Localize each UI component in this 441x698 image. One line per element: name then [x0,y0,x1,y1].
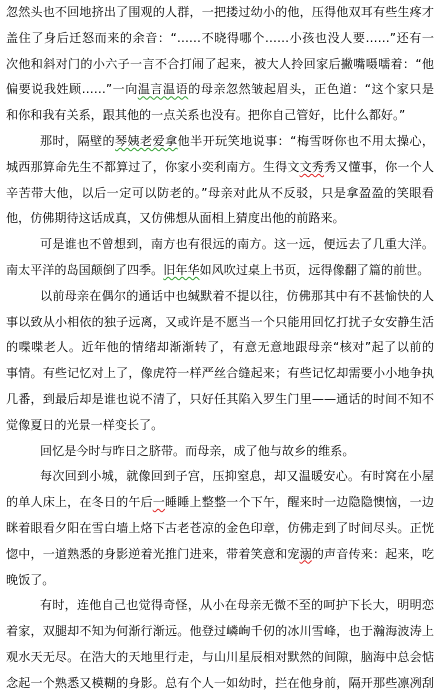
text-line[interactable]: 次他和斜对门的小六子一言不合打闹了起来，被大人拎回家后撇嘴嗫嚅着：“他 [6,52,434,78]
text-line[interactable]: 他，仿佛期待这话成真，又仿佛想从面相上猜度出他的前路来。 [6,206,434,232]
text-segment: 每次回到小城，就像回到子宫，压抑窒息，却又温暖安心。有时窝在小屋 [40,469,434,483]
text-segment: 的声音传来：起来，吃 [312,547,434,561]
text-segment: 回忆是今时与昨日之脐带。而母亲，成了他与故乡的维系。 [40,444,354,458]
text-segment: 那时，隔壁的 [40,134,115,148]
text-line[interactable]: 着家，双腿却不知为何渐行渐远。他登过嶙峋千仞的冰川雪峰，也于瀚海波涛上 [6,619,434,645]
text-line[interactable]: 几番，到最后却是谁也说不清了，只好任其陷入罗生门里——通话的时间不知不 [6,387,434,413]
paragraph-first-line[interactable]: 那时，隔壁的琴姨老爱拿他半开玩笑地说事：“梅雪呀你也不用太操心， [6,129,434,155]
text-segment: 念起一个熟悉又模糊的身影。总有个人一如幼时，拦在他身前，隔开那些凛冽刮 [6,676,434,690]
text-segment: 晚饭了。 [6,573,54,587]
spellcheck-flagged-text: 琴姨老爱拿 [115,134,178,148]
text-line[interactable]: 和你和我有关系，跟其他的一点关系也没有。把你自己管好，比什么都好。” [6,103,434,129]
document-body: 忽然头也不回地挤出了围观的人群，一把搂过幼小的他，压得他双耳有些生疼才盖住了身后… [6,0,434,697]
text-segment: 观水天无尽。在浩大的天地里行走，与山川星辰相对默然的间隙，脑海中总会惦 [6,650,434,664]
text-line[interactable]: 事以致从小相依的独子远离，又或许是不愿当一个只能用回忆打扰子女安静生活 [6,310,434,336]
text-line[interactable]: 观水天无尽。在浩大的天地里行走，与山川星辰相对默然的间隙，脑海中总会惦 [6,645,434,671]
text-segment: 的喋喋老人。近年他的情绪却渐渐转了，有意无意地跟母亲“核对”起了以前的 [6,340,434,354]
text-line[interactable]: 念起一个熟悉又模糊的身影。总有个人一如幼时，拦在他身前，隔开那些凛冽刮 [6,671,434,697]
text-segment: 事情。有些记忆对上了，像虎符一样严丝合缝起来；有些记忆却需要小小地争执 [6,366,434,380]
text-segment: 的母亲忽然皱起眉头，正色道：“这个家只是 [188,82,434,96]
text-segment: 秀又懂事，你一个人 [324,160,434,174]
text-segment: 次他和斜对门的小六子一言不合打闹了起来，被大人拎回家后撇嘴嗫嚅着：“他 [6,57,434,71]
text-line[interactable]: 眯着眼看夕阳在雪白墙上烙下古老苍凉的金色印章，仿佛走到了时间尽头。正恍 [6,516,434,542]
text-line[interactable]: 惚中，一道熟悉的身影逆着光推门进来，带着笑意和宠溺的声音传来：起来，吃 [6,542,434,568]
spellcheck-flagged-text: 温言温语 [138,82,188,96]
text-segment: 他，仿佛期待这话成真，又仿佛想从面相上猜度出他的前路来。 [6,211,345,225]
text-segment: 睡睡上整整一个下午，醒来时一边隐隐懊恼，一边 [165,495,434,509]
text-line[interactable]: 忽然头也不回地挤出了围观的人群，一把搂过幼小的他，压得他双耳有些生疼才 [6,0,434,26]
text-segment: 有时，连他自己也觉得奇怪，从小在母亲无微不至的呵护下长大，明明恋 [40,598,434,612]
spellcheck-flagged-text: 溺 [300,547,312,561]
text-segment: 如风吹过桌上书页，远得像翻了篇的前世。 [200,263,430,277]
text-segment: 可是谁也不曾想到，南方也有很远的南方。这一远，便远去了几重大洋。 [40,237,434,251]
text-segment: 盖住了身后迁怒而来的余音：“……不晓得哪个……小孩也没人要……”还有一 [6,31,434,45]
text-line[interactable]: 辛苦带大他，以后一定可以防老的。”母亲对此从不反驳，只是拿盈盈的笑眼看 [6,181,434,207]
text-line[interactable]: 的单人床上，在冬日的午后一睡睡上整整一个下午，醒来时一边隐隐懊恼，一边 [6,490,434,516]
text-line[interactable]: 的喋喋老人。近年他的情绪却渐渐转了，有意无意地跟母亲“核对”起了以前的 [6,335,434,361]
text-segment: 辛苦带大他，以后一定可以防老的。”母亲对此从不反驳，只是拿盈盈的笑眼看 [6,186,434,200]
paragraph-first-line[interactable]: 可是谁也不曾想到，南方也有很远的南方。这一远，便远去了几重大洋。 [6,232,434,258]
text-segment: 偏要说我姓顾……”一向 [6,82,138,96]
paragraph-first-line[interactable]: 回忆是今时与昨日之脐带。而母亲，成了他与故乡的维系。 [6,439,434,465]
text-segment: 和你和我有关系，跟其他的一点关系也没有。把你自己管好，比什么都好。” [6,108,405,122]
text-segment: 城西那算命先生不都算过了，你家小奕利南方。生得文 [6,160,300,174]
text-segment: 南太平洋的岛国颠倒了四季。 [6,263,163,277]
text-segment: 眯着眼看夕阳在雪白墙上烙下古老苍凉的金色印章，仿佛走到了时间尽头。正恍 [6,521,434,535]
text-segment: 惚中，一道熟悉的身影逆着光推门进来，带着笑意和宠 [6,547,300,561]
spellcheck-flagged-text: 一 [153,495,165,509]
paragraph-first-line[interactable]: 有时，连他自己也觉得奇怪，从小在母亲无微不至的呵护下长大，明明恋 [6,593,434,619]
text-segment: 以前母亲在偶尔的通话中也缄默着不提以往，仿佛那其中有不甚愉快的人 [40,289,434,303]
text-line[interactable]: 城西那算命先生不都算过了，你家小奕利南方。生得文文秀秀又懂事，你一个人 [6,155,434,181]
spellcheck-flagged-text: 文秀 [300,160,324,174]
text-segment: 几番，到最后却是谁也说不清了，只好任其陷入罗生门里——通话的时间不知不 [6,392,434,406]
text-segment: 忽然头也不回地挤出了围观的人群，一把搂过幼小的他，压得他双耳有些生疼才 [6,5,434,19]
text-line[interactable]: 盖住了身后迁怒而来的余音：“……不晓得哪个……小孩也没人要……”还有一 [6,26,434,52]
paragraph-first-line[interactable]: 以前母亲在偶尔的通话中也缄默着不提以往，仿佛那其中有不甚愉快的人 [6,284,434,310]
text-line[interactable]: 南太平洋的岛国颠倒了四季。旧年华如风吹过桌上书页，远得像翻了篇的前世。 [6,258,434,284]
text-segment: 的单人床上，在冬日的午后 [6,495,153,509]
text-line[interactable]: 事情。有些记忆对上了，像虎符一样严丝合缝起来；有些记忆却需要小小地争执 [6,361,434,387]
text-line[interactable]: 偏要说我姓顾……”一向温言温语的母亲忽然皱起眉头，正色道：“这个家只是 [6,77,434,103]
text-segment: 觉像夏日的光景一样变长了。 [6,418,163,432]
text-segment: 事以致从小相依的独子远离，又或许是不愿当一个只能用回忆打扰子女安静生活 [6,315,434,329]
text-segment: 他半开玩笑地说事：“梅雪呀你也不用太操心， [178,134,434,148]
spellcheck-flagged-text: 旧年华 [163,263,199,277]
text-line[interactable]: 晚饭了。 [6,568,434,594]
text-line[interactable]: 觉像夏日的光景一样变长了。 [6,413,434,439]
paragraph-first-line[interactable]: 每次回到小城，就像回到子宫，压抑窒息，却又温暖安心。有时窝在小屋 [6,464,434,490]
text-segment: 着家，双腿却不知为何渐行渐远。他登过嶙峋千仞的冰川雪峰，也于瀚海波涛上 [6,624,434,638]
